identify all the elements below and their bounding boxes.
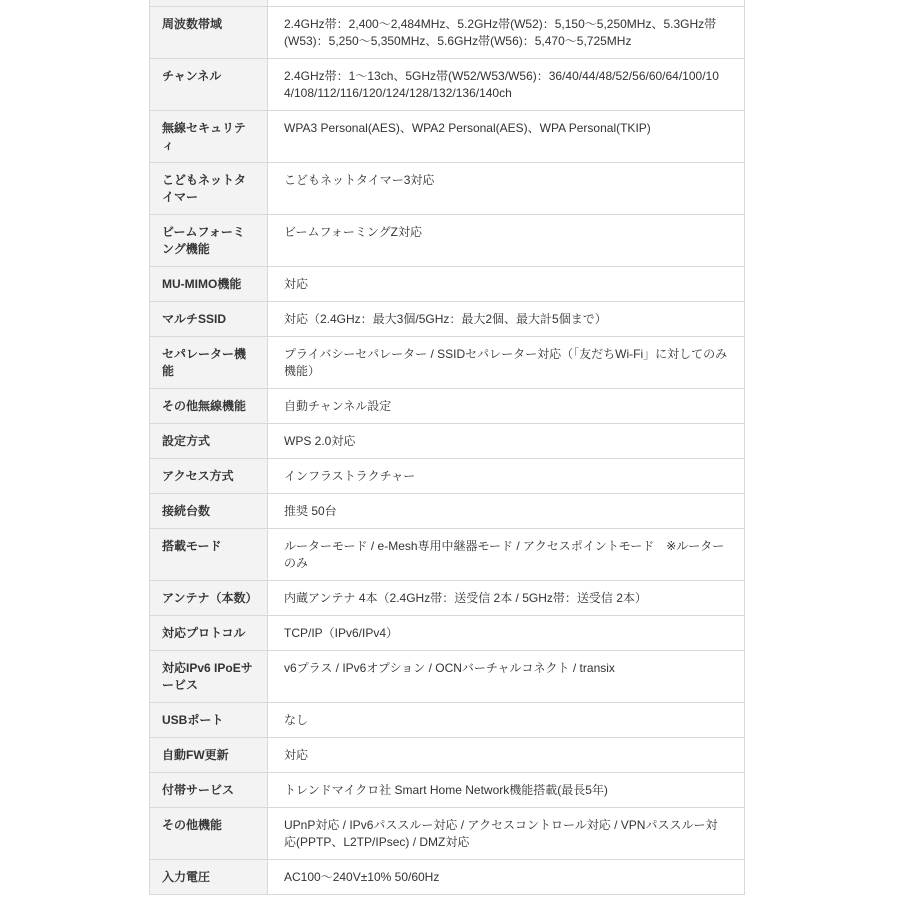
spec-value: ルーターモード / e-Mesh専用中継器モード / アクセスポイントモード ※… [268,529,744,580]
spec-row: アンテナ（本数） 内蔵アンテナ 4本（2.4GHz帯：送受信 2本 / 5GHz… [150,580,744,615]
spec-label: 付帯サービス [150,773,268,807]
spec-row: 設定方式 WPS 2.0対応 [150,423,744,458]
spec-value: インフラストラクチャー [268,459,744,493]
spec-label: 搭載モード [150,529,268,580]
spec-value: 対応 [268,738,744,772]
spec-value: こどもネットタイマー3対応 [268,163,744,214]
spec-value: トレンドマイクロ社 Smart Home Network機能搭載(最長5年) [268,773,744,807]
spec-row: 自動FW更新 対応 [150,737,744,772]
spec-label-partial [150,0,268,6]
spec-value: 自動チャンネル設定 [268,389,744,423]
spec-label: こどもネットタイマー [150,163,268,214]
spec-value: 2.4GHz帯：2,400～2,484MHz、5.2GHz帯(W52)：5,15… [268,7,744,58]
spec-label: 自動FW更新 [150,738,268,772]
spec-row: 接続台数 推奨 50台 [150,493,744,528]
spec-row: アクセス方式 インフラストラクチャー [150,458,744,493]
spec-row: 対応プロトコル TCP/IP（IPv6/IPv4） [150,615,744,650]
spec-label: USBポート [150,703,268,737]
spec-label: ビームフォーミング機能 [150,215,268,266]
spec-value: v6プラス / IPv6オプション / OCNバーチャルコネクト / trans… [268,651,744,702]
spec-label: その他無線機能 [150,389,268,423]
spec-row: 入力電圧 AC100～240V±10% 50/60Hz [150,859,744,894]
spec-row: 対応IPv6 IPoEサービス v6プラス / IPv6オプション / OCNバ… [150,650,744,702]
spec-value: 対応（2.4GHz：最大3個/5GHz：最大2個、最大計5個まで） [268,302,744,336]
spec-label: マルチSSID [150,302,268,336]
spec-label: アンテナ（本数） [150,581,268,615]
spec-row: 搭載モード ルーターモード / e-Mesh専用中継器モード / アクセスポイン… [150,528,744,580]
spec-row: ビームフォーミング機能 ビームフォーミングZ対応 [150,214,744,266]
spec-value: AC100～240V±10% 50/60Hz [268,860,744,894]
spec-row: マルチSSID 対応（2.4GHz：最大3個/5GHz：最大2個、最大計5個まで… [150,301,744,336]
spec-label: 無線セキュリティ [150,111,268,162]
spec-row: 無線セキュリティ WPA3 Personal(AES)、WPA2 Persona… [150,110,744,162]
spec-row: その他無線機能 自動チャンネル設定 [150,388,744,423]
spec-row: チャンネル 2.4GHz帯：1～13ch、5GHz帯(W52/W53/W56)：… [150,58,744,110]
spec-label: 設定方式 [150,424,268,458]
spec-label: その他機能 [150,808,268,859]
spec-value: TCP/IP（IPv6/IPv4） [268,616,744,650]
spec-label: 接続台数 [150,494,268,528]
spec-table: 周波数帯域 2.4GHz帯：2,400～2,484MHz、5.2GHz帯(W52… [149,0,745,895]
spec-label: チャンネル [150,59,268,110]
spec-value: 2.4GHz帯：1～13ch、5GHz帯(W52/W53/W56)：36/40/… [268,59,744,110]
spec-label: アクセス方式 [150,459,268,493]
spec-value: プライバシーセパレーター / SSIDセパレーター対応（「友だちWi-Fi」に対… [268,337,744,388]
spec-row-partial-top [150,0,744,6]
spec-value: WPS 2.0対応 [268,424,744,458]
spec-value: なし [268,703,744,737]
spec-label: 対応IPv6 IPoEサービス [150,651,268,702]
spec-row: USBポート なし [150,702,744,737]
spec-label: セパレーター機能 [150,337,268,388]
spec-label: 周波数帯域 [150,7,268,58]
product-spec-page: 周波数帯域 2.4GHz帯：2,400～2,484MHz、5.2GHz帯(W52… [0,0,900,900]
spec-label: 対応プロトコル [150,616,268,650]
spec-row: こどもネットタイマー こどもネットタイマー3対応 [150,162,744,214]
spec-value-partial [268,0,744,6]
spec-value: 対応 [268,267,744,301]
spec-row: 周波数帯域 2.4GHz帯：2,400～2,484MHz、5.2GHz帯(W52… [150,6,744,58]
spec-value: WPA3 Personal(AES)、WPA2 Personal(AES)、WP… [268,111,744,162]
spec-table-body: 周波数帯域 2.4GHz帯：2,400～2,484MHz、5.2GHz帯(W52… [150,6,744,894]
spec-row: セパレーター機能 プライバシーセパレーター / SSIDセパレーター対応（「友だ… [150,336,744,388]
spec-row: 付帯サービス トレンドマイクロ社 Smart Home Network機能搭載(… [150,772,744,807]
spec-label: 入力電圧 [150,860,268,894]
spec-value: UPnP対応 / IPv6パススルー対応 / アクセスコントロール対応 / VP… [268,808,744,859]
spec-label: MU-MIMO機能 [150,267,268,301]
spec-value: ビームフォーミングZ対応 [268,215,744,266]
spec-row: MU-MIMO機能 対応 [150,266,744,301]
spec-value: 推奨 50台 [268,494,744,528]
spec-value: 内蔵アンテナ 4本（2.4GHz帯：送受信 2本 / 5GHz帯：送受信 2本） [268,581,744,615]
spec-row: その他機能 UPnP対応 / IPv6パススルー対応 / アクセスコントロール対… [150,807,744,859]
